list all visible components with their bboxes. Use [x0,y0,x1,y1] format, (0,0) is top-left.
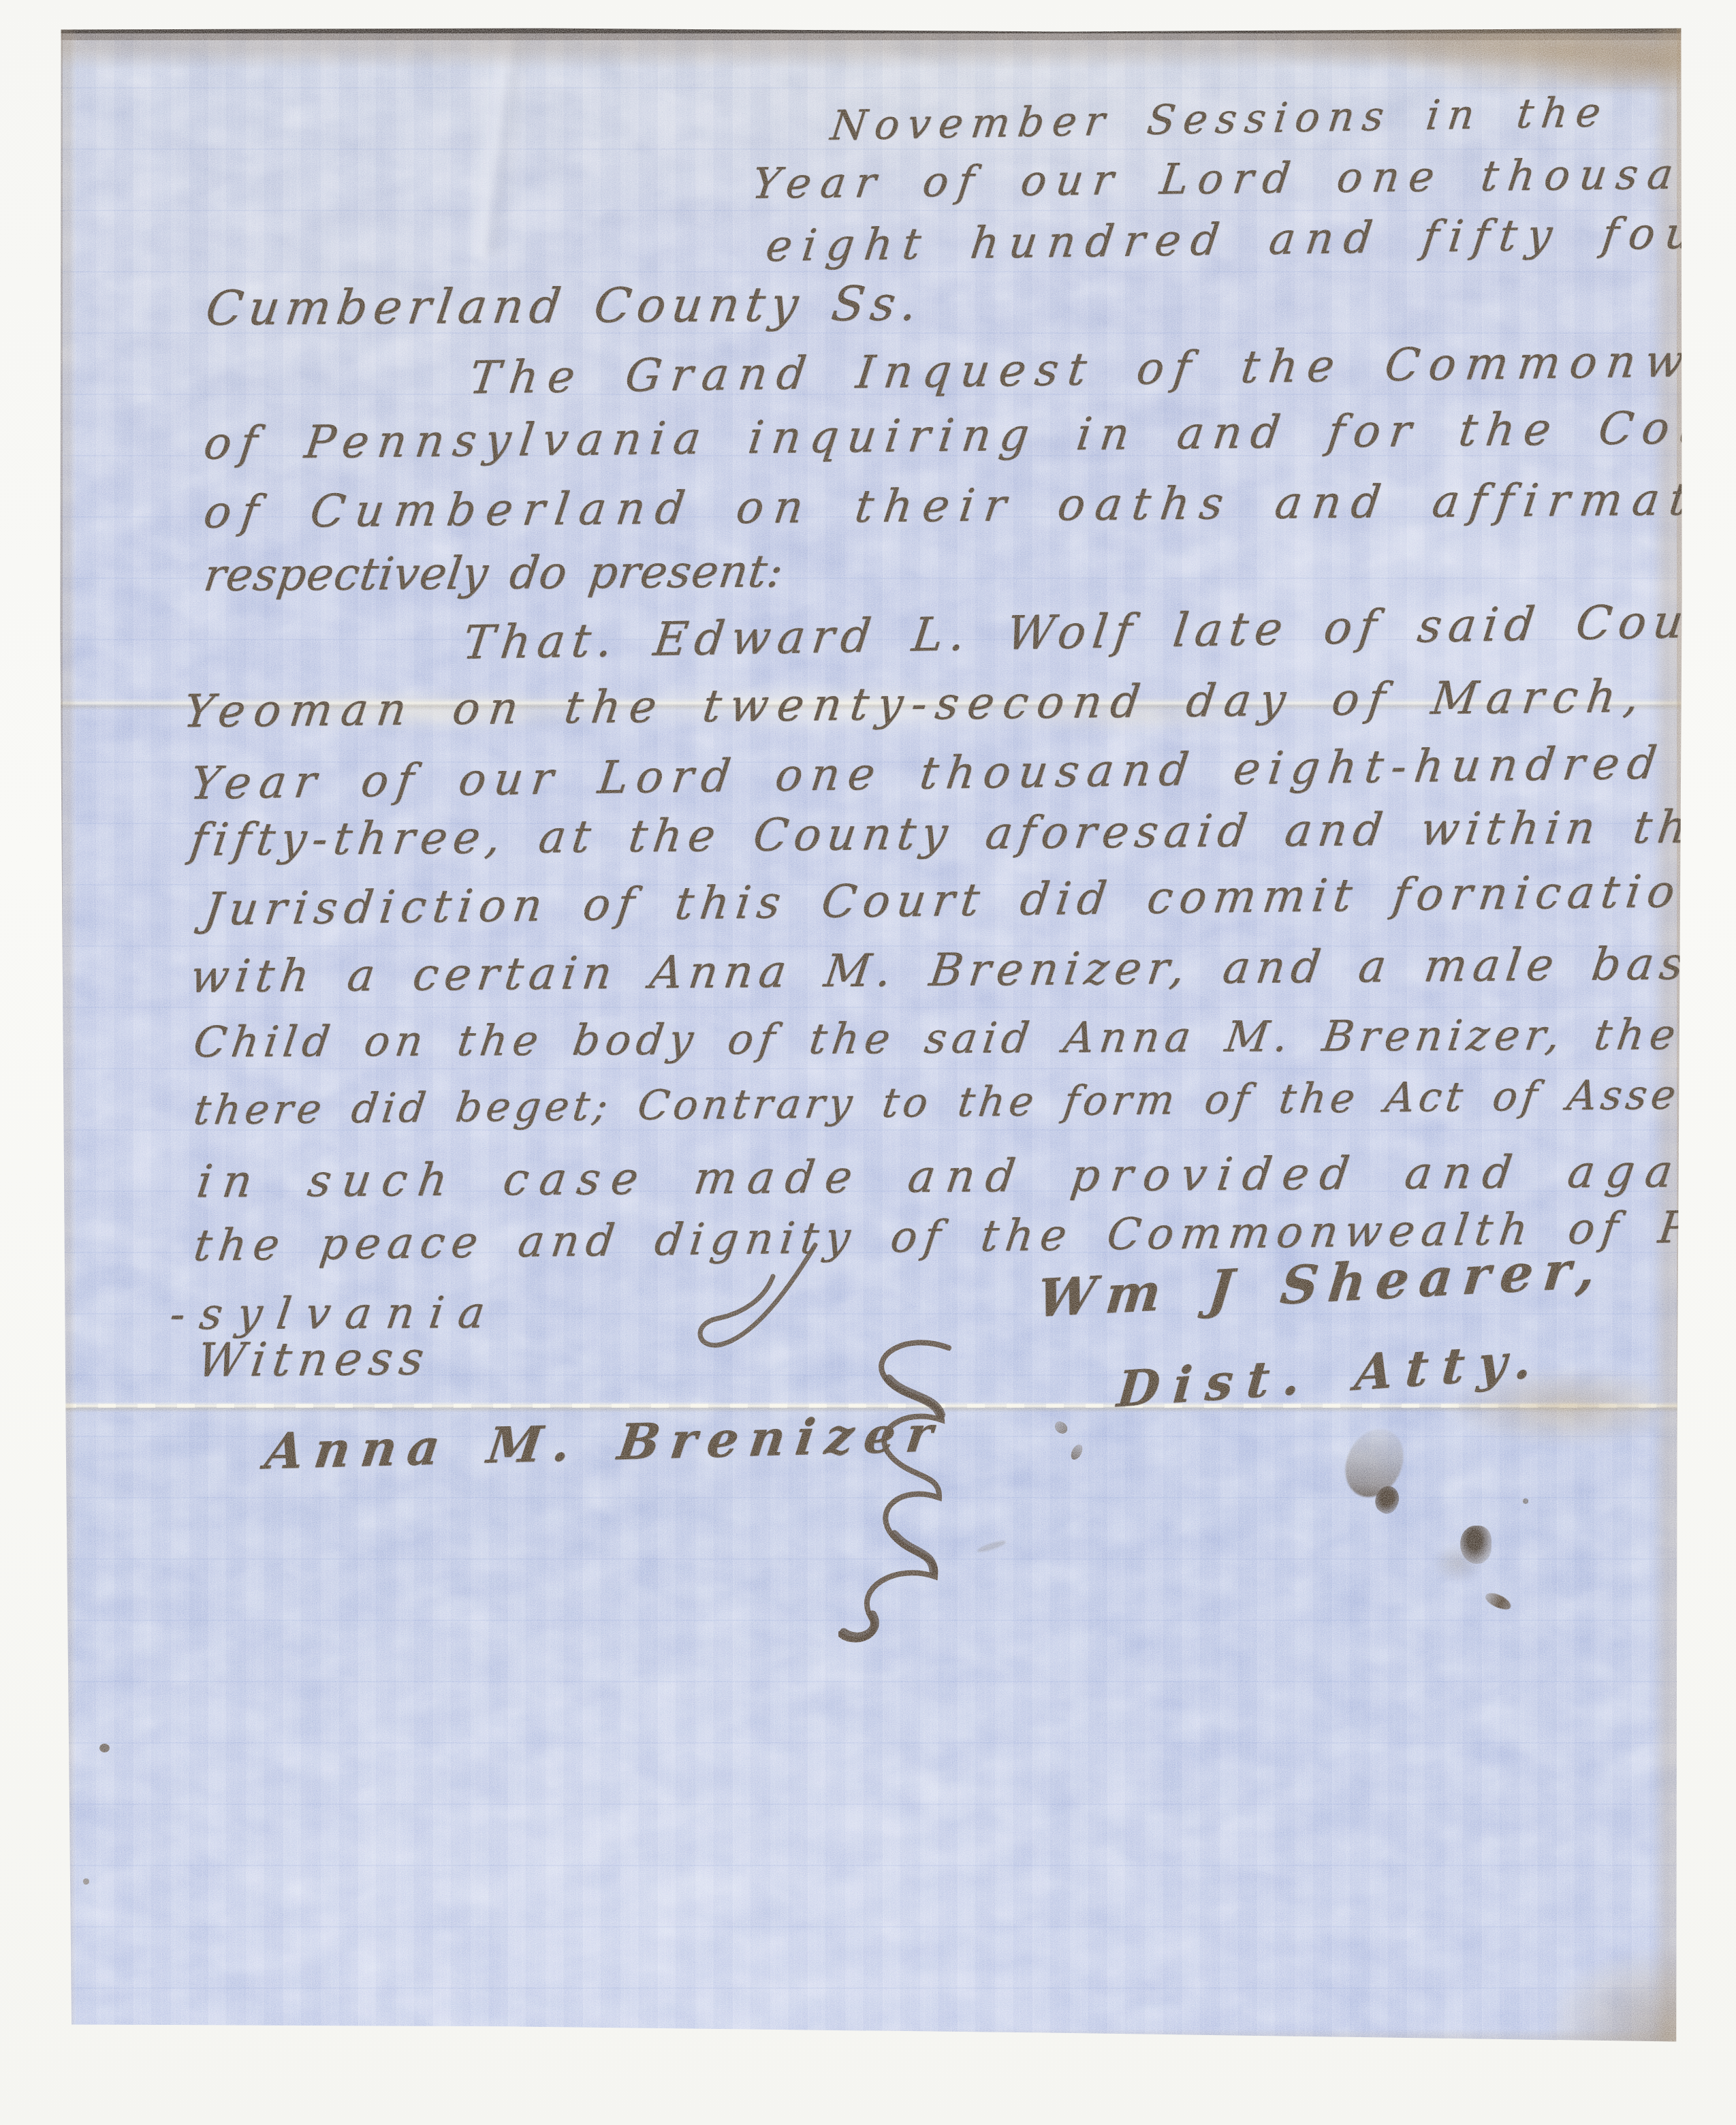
line-of-cumberland-oaths: of Cumberland on their oaths and affirma… [201,472,1736,539]
line-that-edward-wolf: That. Edward L. Wolf late of said County [460,593,1736,670]
signature-anna-brenizer: Anna M. Brenizer [262,1404,947,1480]
line-of-pennsylvania: of Pennsylvania inquiring in and for the… [201,400,1736,470]
line-eight-hundred-fifty-four: eight hundred and fifty four [763,208,1736,272]
line-grand-inquest: The Grand Inquest of the Commonwealth [467,332,1736,405]
line-child-on-body: Child on the body of the said Anna M. Br… [191,1009,1736,1067]
bottom-right-corner-stain [1534,1938,1684,2047]
label-witness: Witness [194,1332,434,1387]
ink-blot [1460,1526,1492,1564]
small-ink-speck [1523,1498,1528,1504]
line-with-certain-anna: with a certain Anna M. Brenizer, and a m… [187,936,1736,1003]
line-cumberland-county-ss: Cumberland County Ss. [203,275,927,336]
ink-speck-lower [1069,1443,1085,1462]
ink-blot-halo [1434,1545,1482,1581]
line-there-did-beget: there did beget; Contrary to the form of… [191,1070,1736,1135]
scanned-document-page: { "colors": { "paper_blue": "#a5b1d9", "… [0,0,1736,2125]
line-year-of-our-lord: Year of our Lord one thousand [749,148,1736,208]
line-such-case-made: in such case made and provided and again… [194,1144,1736,1208]
ink-speck-upper [1052,1419,1070,1436]
line-jurisdiction-court: Jurisdiction of this Court did commit fo… [201,864,1720,935]
left-edge-speck [99,1744,110,1752]
manuscript-paper: November Sessions in the Year of our Lor… [59,27,1684,2047]
ink-smear [1334,1419,1414,1507]
line-fifty-three-county: fifty-three, at the County aforesaid and… [187,800,1729,866]
brace-flourish [838,1338,968,1652]
ink-smear-dark-tip [1370,1482,1404,1517]
aged-bottom-edge [59,2029,1684,2047]
faint-scratch-mark [977,1539,1007,1554]
ink-dash-mark [1483,1590,1513,1613]
ragged-left-edge [59,27,76,2047]
line-respectively-present: respectively do present: [201,545,787,601]
left-edge-speck-small [83,1878,89,1885]
